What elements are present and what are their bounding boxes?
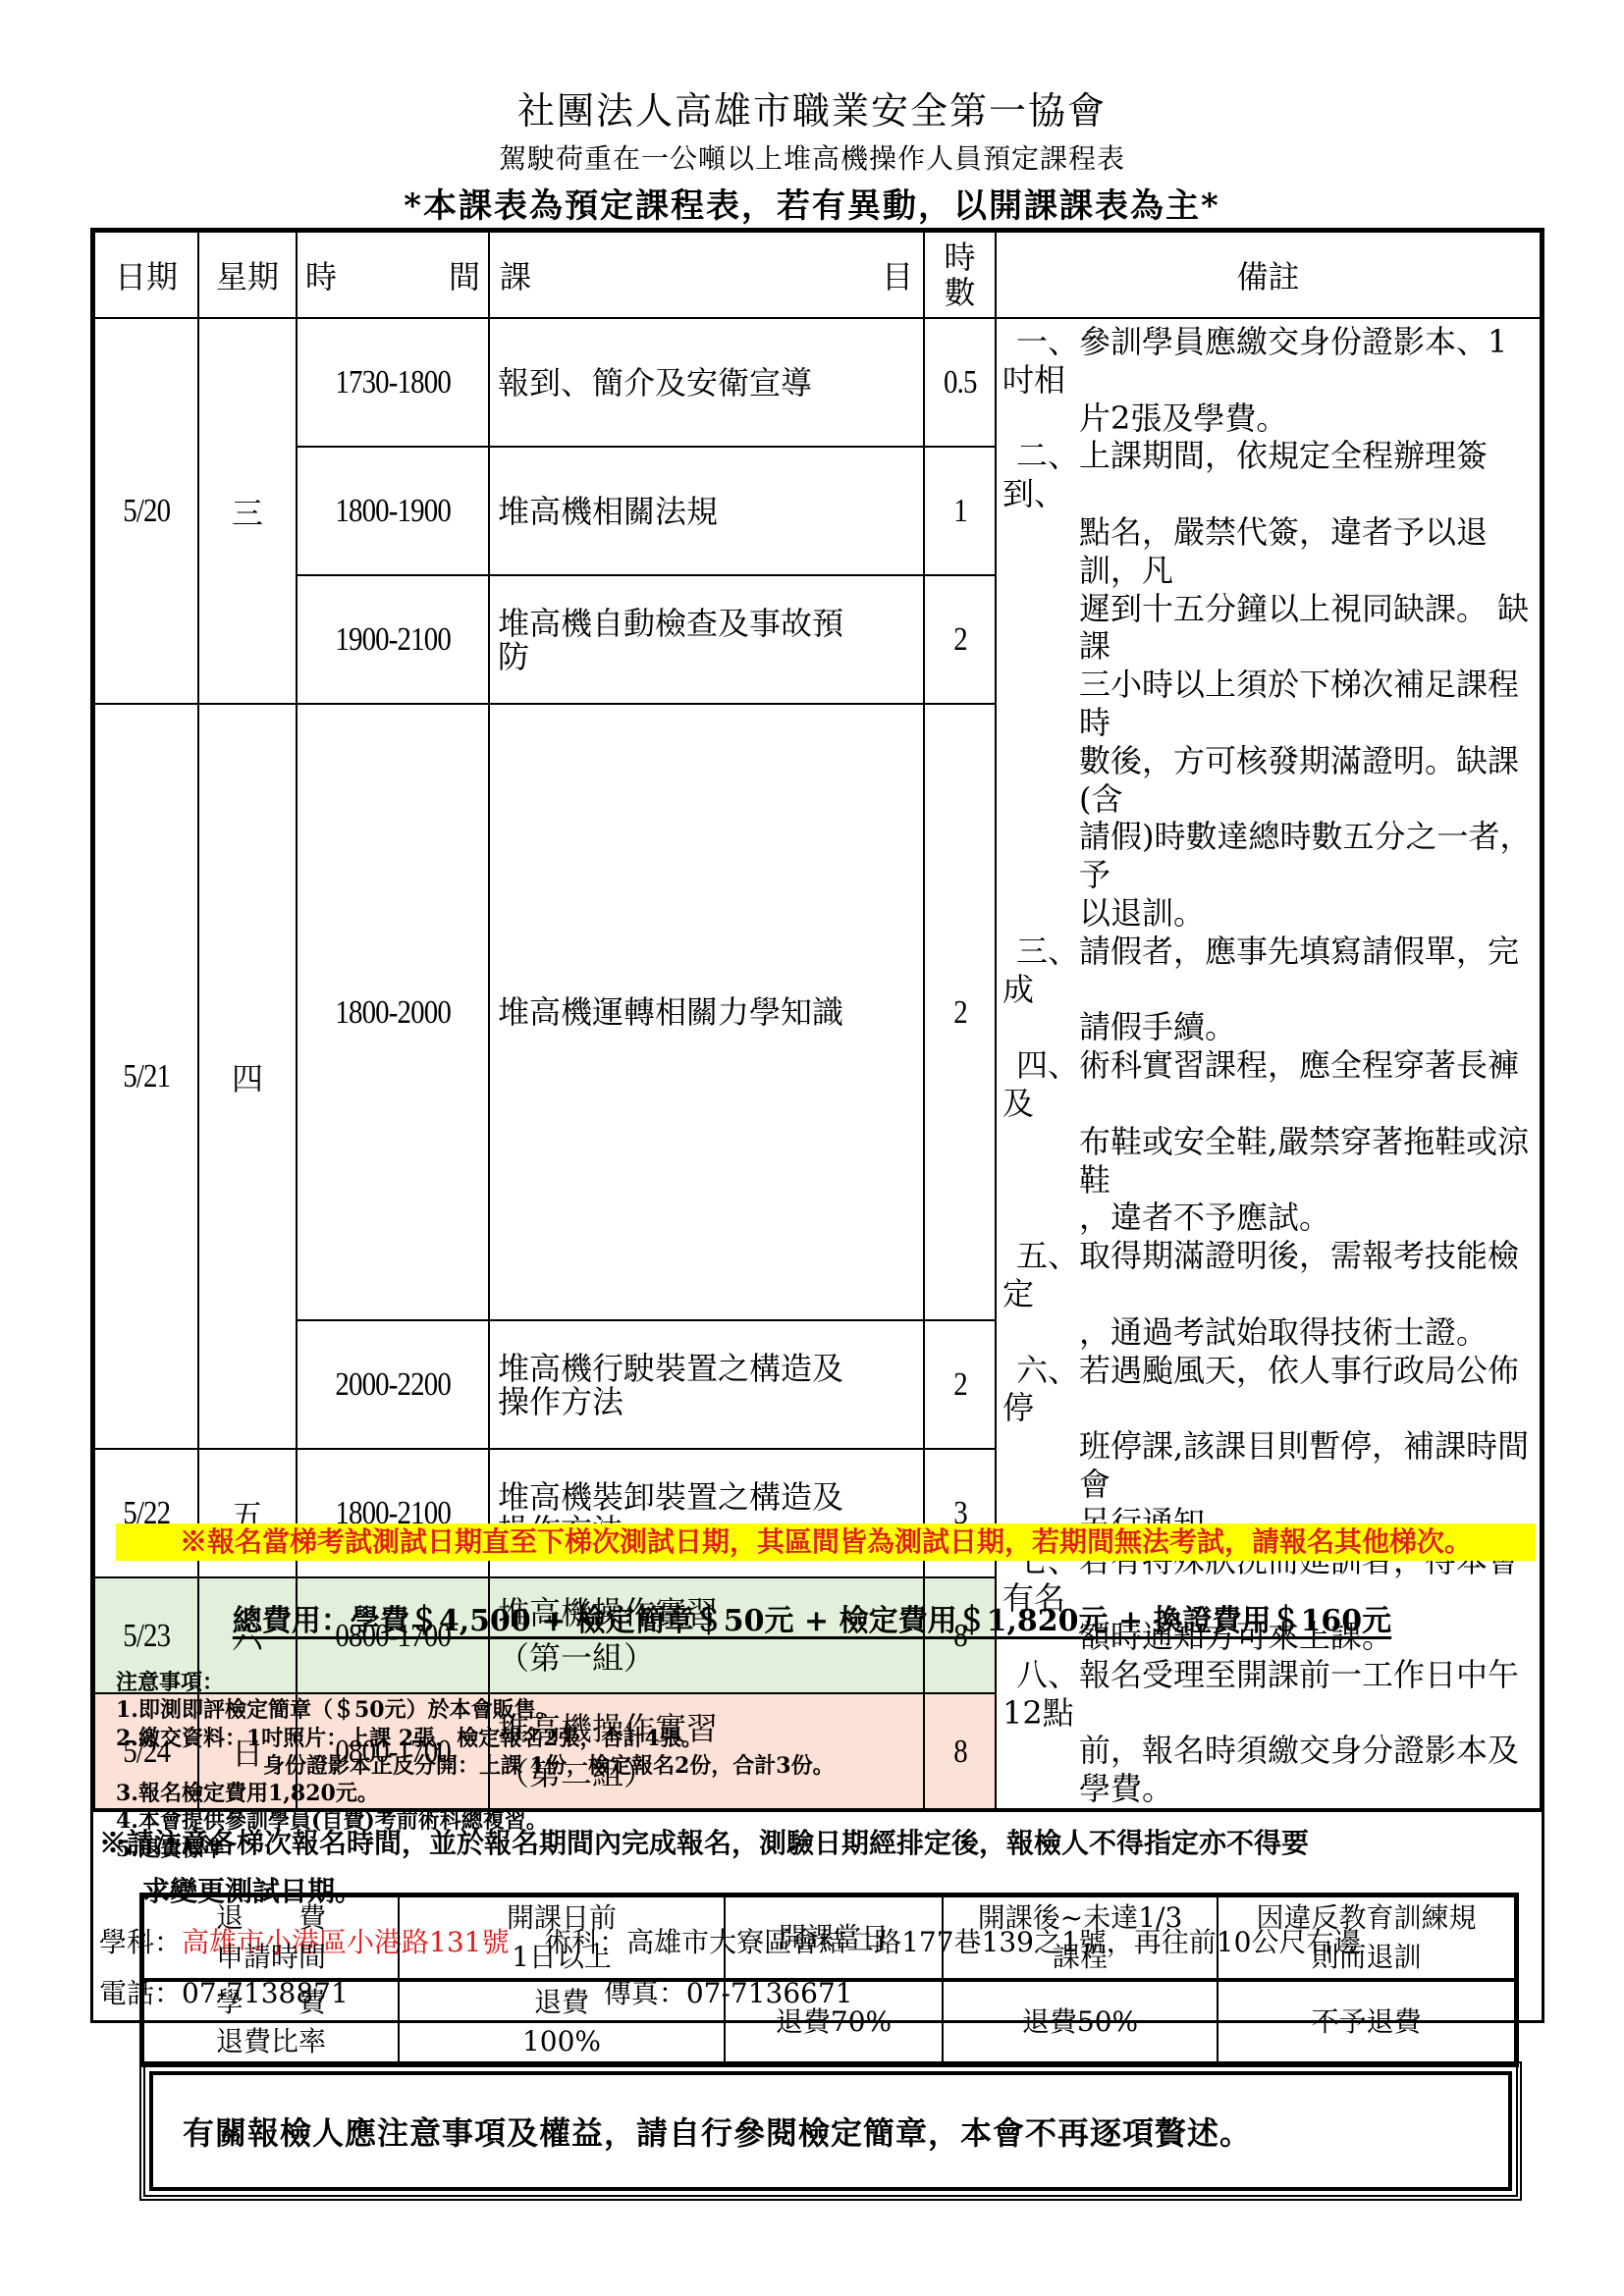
remark-text: 數後，方可核發期滿證明。缺課(含 [1079, 742, 1519, 818]
remark-item: 三、請假者，應事先填寫請假單，完成 [1002, 933, 1534, 1009]
remark-number: 五、 [1002, 1237, 1079, 1275]
refund-header-row: 退 費申請時間開課日前1日以上開課當日開課後~未達1/3課程因違反教育訓練規則而… [143, 1896, 1515, 1980]
remark-continuation: ，通過考試始取得技術士證。 [1002, 1313, 1534, 1352]
remark-number: 一、 [1002, 323, 1079, 361]
hours-cell: 2 [924, 575, 996, 704]
remark-number: 八、 [1002, 1656, 1079, 1694]
refund-cell: 退費70% [725, 1980, 943, 2063]
time-cell: 1800-2000 [297, 704, 489, 1320]
refund-cell-text: 退 費 [216, 1901, 326, 1934]
table-row: 5/20 三 1730-1800 報到、簡介及安衛宣導 0.5 一、參訓學員應繳… [94, 318, 1541, 447]
remark-continuation: 片2張及學費。 [1002, 400, 1534, 438]
note-item: 3.報名檢定費用1,820元。 [116, 1780, 835, 1807]
remark-text: 請假者，應事先填寫請假單，完成 [1002, 933, 1519, 1008]
remark-text: ，通過考試始取得技術士證。 [1079, 1313, 1488, 1351]
remark-continuation: 請假手續。 [1002, 1008, 1534, 1046]
header-date: 日期 [94, 232, 198, 318]
remark-continuation: 請假)時數達總時數五分之一者，予 [1002, 818, 1534, 894]
time-cell: 1800-1900 [297, 447, 489, 575]
header-course-left: 課 [500, 252, 531, 297]
organization-title: 社團法人高雄市職業安全第一協會 [0, 80, 1624, 134]
refund-cell-text: 因違反教育訓練規 [1256, 1901, 1476, 1934]
notes-title: 注意事項： [116, 1669, 835, 1696]
remark-text: 以退訓。 [1079, 894, 1205, 932]
remark-text: 布鞋或安全鞋,嚴禁穿著拖鞋或涼鞋 [1079, 1123, 1529, 1199]
schedule-subtitle: 駕駛荷重在一公噸以上堆高機操作人員預定課程表 [0, 137, 1624, 177]
remark-text: 遲到十五分鐘以上視同缺課。 缺課 [1079, 590, 1529, 666]
header-hours: 時數 [924, 232, 996, 318]
note-item: 2.繳交資料：1吋照片：上課 2張，檢定報名2張，合計4張。 [116, 1725, 835, 1752]
exam-date-highlight-notice: ※報名當梯考試測試日期直至下梯次測試日期，其區間皆為測試日期，若期間無法考試，請… [116, 1523, 1536, 1561]
date-cell: 5/20 [94, 318, 198, 704]
refund-cell-text: 退費70% [776, 2005, 892, 2038]
refund-cell-text: 100% [522, 2025, 601, 2057]
refund-cell: 開課當日 [725, 1896, 943, 1980]
refund-cell-text: 退費50% [1022, 2005, 1138, 2038]
header-weekday: 星期 [198, 232, 297, 318]
remark-text: 班停課,該課目則暫停，補課時間會 [1079, 1427, 1529, 1503]
course-cell: 堆高機行駛裝置之構造及操作方法 [489, 1320, 924, 1449]
remark-continuation: 以退訓。 [1002, 894, 1534, 933]
note-item: 1.即測即評檢定簡章（＄50元）於本會販售。 [116, 1696, 835, 1724]
remark-continuation: 遲到十五分鐘以上視同缺課。 缺課 [1002, 590, 1534, 667]
remark-continuation: 數後，方可核發期滿證明。缺課(含 [1002, 742, 1534, 819]
refund-cell: 開課日前1日以上 [399, 1896, 725, 1980]
remark-number: 四、 [1002, 1046, 1079, 1085]
remark-text: ，違者不予應試。 [1079, 1199, 1330, 1236]
hours-cell: 2 [924, 1320, 996, 1449]
remark-text: 請假)時數達總時數五分之一者，予 [1079, 818, 1532, 893]
remark-item: 八、報名受理至開課前一工作日中午12點 [1002, 1656, 1534, 1733]
remark-text: 取得期滿證明後，需報考技能檢定 [1002, 1237, 1519, 1312]
remark-text: 若遇颱風天，依人事行政局公佈停 [1002, 1352, 1519, 1427]
refund-cell-text: 申請時間 [216, 1941, 326, 1973]
note-item: 5.退費標準 [116, 1836, 835, 1863]
refund-rate-row: 學 費退費比率退費100%退費70%退費50%不予退費 [143, 1980, 1515, 2063]
remark-continuation: 點名，嚴禁代簽，違者予以退訓，凡 [1002, 513, 1534, 590]
remark-text: 三小時以上須於下梯次補足課程時 [1079, 666, 1519, 741]
remark-item: 四、術科實習課程，應全程穿著長褲及 [1002, 1046, 1534, 1123]
refund-cell-text: 課程 [1053, 1941, 1108, 1973]
refund-cell-text: 則而退訓 [1311, 1941, 1421, 1973]
footer-notice-box: 有關報檢人應注意事項及權益，請自行參閱檢定簡章，本會不再逐項贅述。 [139, 2061, 1522, 2201]
remark-item: 二、上課期間，依規定全程辦理簽到、 [1002, 437, 1534, 513]
course-cell: 堆高機運轉相關力學知識 [489, 704, 924, 1320]
time-cell: 1730-1800 [297, 318, 489, 447]
note-item: 身份證影本正反分開：上課 1份，檢定報名2份，合計3份。 [116, 1752, 835, 1780]
header-hours-top: 時 [944, 239, 975, 276]
total-fee-text: 總費用：學費＄4,500 + 檢定簡章＄50元 + 檢定費用＄1,820元 + … [233, 1604, 1391, 1638]
remark-number: 三、 [1002, 933, 1079, 971]
remark-text: 請假手續。 [1079, 1008, 1236, 1045]
header-time: 時間 [297, 232, 489, 318]
remark-text: 前，報名時須繳交身分證影本及學費。 [1079, 1732, 1519, 1807]
hours-cell: 8 [924, 1693, 996, 1809]
note-item: 4.本會提供參訓學員(自費)考前術科總複習。 [116, 1807, 835, 1835]
time-cell: 1900-2100 [297, 575, 489, 704]
refund-cell-text: 開課日前 [507, 1901, 617, 1934]
refund-cell: 學 費退費比率 [143, 1980, 399, 2063]
refund-cell-text: 開課當日 [779, 1921, 889, 1953]
refund-cell-text: 退費 [534, 1986, 589, 2018]
footer-notice: 有關報檢人應注意事項及權益，請自行參閱檢定簡章，本會不再逐項贅述。 [149, 2071, 1512, 2191]
remarks-cell: 一、參訓學員應繳交身份證影本、1吋相片2張及學費。二、上課期間，依規定全程辦理簽… [996, 318, 1541, 1809]
remark-item: 六、若遇颱風天，依人事行政局公佈停 [1002, 1352, 1534, 1428]
refund-cell-text: 學 費 [216, 1986, 326, 2018]
date-cell: 5/21 [94, 704, 198, 1449]
remark-item: 一、參訓學員應繳交身份證影本、1吋相 [1002, 323, 1534, 400]
remark-continuation: 班停課,該課目則暫停，補課時間會 [1002, 1427, 1534, 1504]
total-fee: 總費用：學費＄4,500 + 檢定簡章＄50元 + 檢定費用＄1,820元 + … [0, 1596, 1624, 1639]
refund-cell: 退費50% [943, 1980, 1218, 2063]
refund-cell: 退費100% [399, 1980, 725, 2063]
refund-cell: 因違反教育訓練規則而退訓 [1218, 1896, 1515, 1980]
header-hours-bottom: 數 [944, 274, 975, 311]
header-time-right: 間 [449, 252, 480, 297]
remarks-list: 一、參訓學員應繳交身份證影本、1吋相片2張及學費。二、上課期間，依規定全程辦理簽… [1002, 323, 1534, 1808]
refund-cell: 開課後~未達1/3課程 [943, 1896, 1218, 1980]
refund-cell-text: 1日以上 [512, 1941, 612, 1973]
course-cell: 堆高機相關法規 [489, 447, 924, 575]
schedule-notice: *本課表為預定課程表，若有異動，以開課課表為主* [0, 179, 1624, 227]
remark-text: 片2張及學費。 [1079, 400, 1287, 437]
remark-text: 報名受理至開課前一工作日中午12點 [1002, 1656, 1519, 1732]
remark-number: 二、 [1002, 437, 1079, 475]
refund-cell-text: 退費比率 [216, 2025, 326, 2057]
header-remarks: 備註 [996, 232, 1541, 318]
remark-number: 六、 [1002, 1352, 1079, 1390]
hours-cell: 2 [924, 704, 996, 1320]
remark-text: 點名，嚴禁代簽，違者予以退訓，凡 [1079, 513, 1488, 589]
hours-cell: 1 [924, 447, 996, 575]
refund-cell: 退 費申請時間 [143, 1896, 399, 1980]
table-header-row: 日期 星期 時間 課目 時數 備註 [94, 232, 1541, 318]
course-cell: 報到、簡介及安衛宣導 [489, 318, 924, 447]
remark-continuation: ，違者不予應試。 [1002, 1199, 1534, 1237]
weekday-cell: 四 [198, 704, 297, 1449]
refund-policy-table: 退 費申請時間開課日前1日以上開課當日開課後~未達1/3課程因違反教育訓練規則而… [139, 1893, 1519, 2067]
remark-item: 五、取得期滿證明後，需報考技能檢定 [1002, 1237, 1534, 1313]
header-course-right: 目 [882, 252, 913, 297]
header-course: 課目 [489, 232, 924, 318]
notes-section: 注意事項： 1.即測即評檢定簡章（＄50元）於本會販售。 2.繳交資料：1吋照片… [116, 1669, 835, 1863]
time-cell: 2000-2200 [297, 1320, 489, 1449]
weekday-cell: 三 [198, 318, 297, 704]
header-time-left: 時 [305, 252, 337, 297]
remark-text: 術科實習課程，應全程穿著長褲及 [1002, 1046, 1519, 1122]
refund-cell: 不予退費 [1218, 1980, 1515, 2063]
remark-continuation: 布鞋或安全鞋,嚴禁穿著拖鞋或涼鞋 [1002, 1123, 1534, 1200]
hours-cell: 0.5 [924, 318, 996, 447]
course-cell: 堆高機自動檢查及事故預防 [489, 575, 924, 704]
refund-cell-text: 不予退費 [1311, 2005, 1421, 2038]
remark-continuation: 前，報名時須繳交身分證影本及學費。 [1002, 1732, 1534, 1808]
remark-continuation: 三小時以上須於下梯次補足課程時 [1002, 666, 1534, 742]
refund-cell-text: 開課後~未達1/3 [978, 1901, 1183, 1934]
